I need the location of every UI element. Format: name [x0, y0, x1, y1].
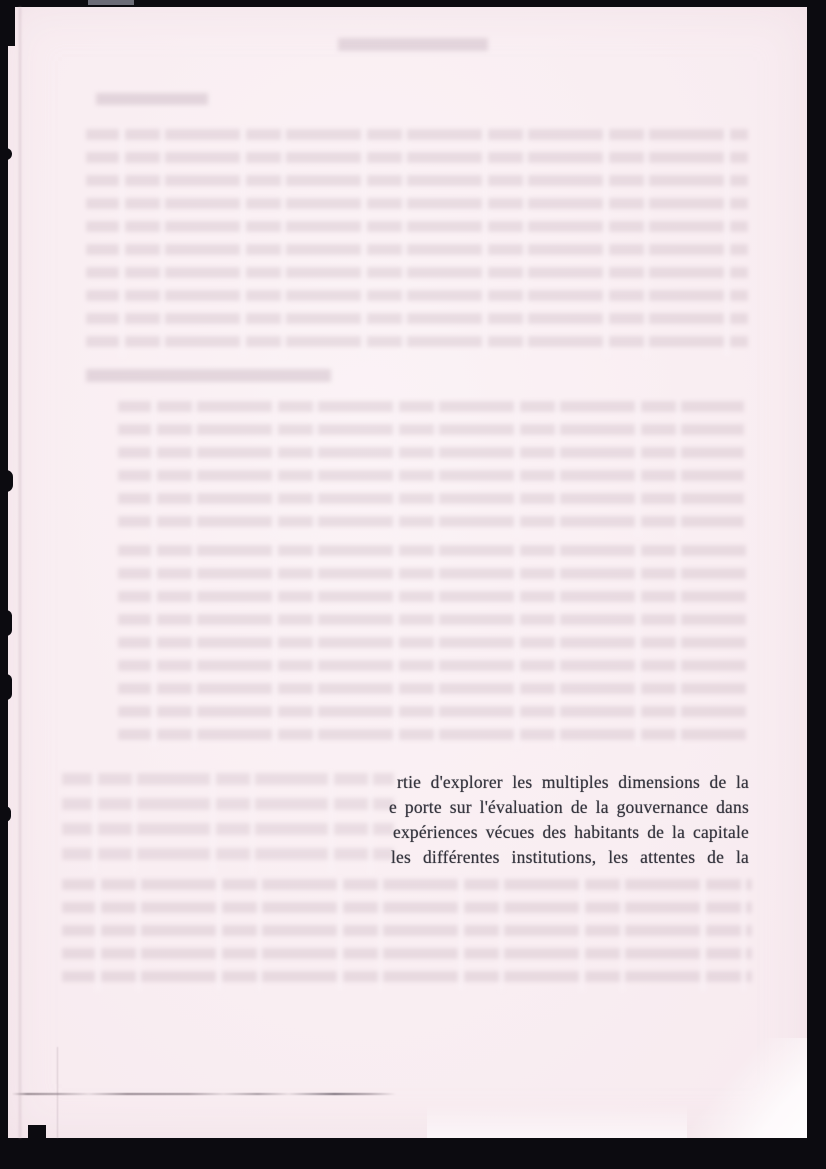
scanner-border-top-left	[0, 0, 15, 46]
page-bottom-edge-highlight	[427, 1104, 687, 1138]
ghost-section-heading	[96, 93, 208, 105]
scanner-border-bump-1	[0, 148, 12, 160]
scanner-border-bump-4	[0, 674, 12, 700]
page-fold-shadow	[19, 7, 21, 1138]
paragraph-line-1: rtie d'explorer les multiples dimensions…	[389, 770, 749, 795]
scanner-border-bump-3	[0, 610, 12, 636]
ghost-paragraph-5	[62, 879, 752, 991]
bottom-edge-notch	[28, 1125, 46, 1140]
ghost-paragraph-2	[118, 401, 744, 537]
scanned-page-screenshot: { "document": { "kind": "scanned-book-pa…	[0, 0, 826, 1169]
scanner-border-bump-2	[0, 470, 13, 492]
ghost-subheading	[86, 369, 331, 382]
scanned-paper-sheet: rtie d'explorer les multiples dimensions…	[8, 7, 807, 1138]
paragraph-line-3: expériences vécues des habitants de la c…	[389, 820, 749, 845]
ghost-paragraph-4-left-half	[62, 773, 394, 873]
ghost-header-stamp	[338, 38, 488, 51]
legible-paragraph: rtie d'explorer les multiples dimensions…	[389, 770, 749, 870]
ghost-paragraph-1	[86, 129, 748, 357]
paragraph-line-2: e porte sur l'évaluation de la gouvernan…	[389, 795, 749, 820]
pencil-scratch-line	[12, 1093, 396, 1095]
ghost-paragraph-3	[118, 545, 746, 747]
scanner-border-grey-notch	[88, 0, 134, 5]
paragraph-line-4: les différentes institutions, les attent…	[389, 845, 749, 870]
scanner-border-bump-5	[0, 806, 11, 822]
